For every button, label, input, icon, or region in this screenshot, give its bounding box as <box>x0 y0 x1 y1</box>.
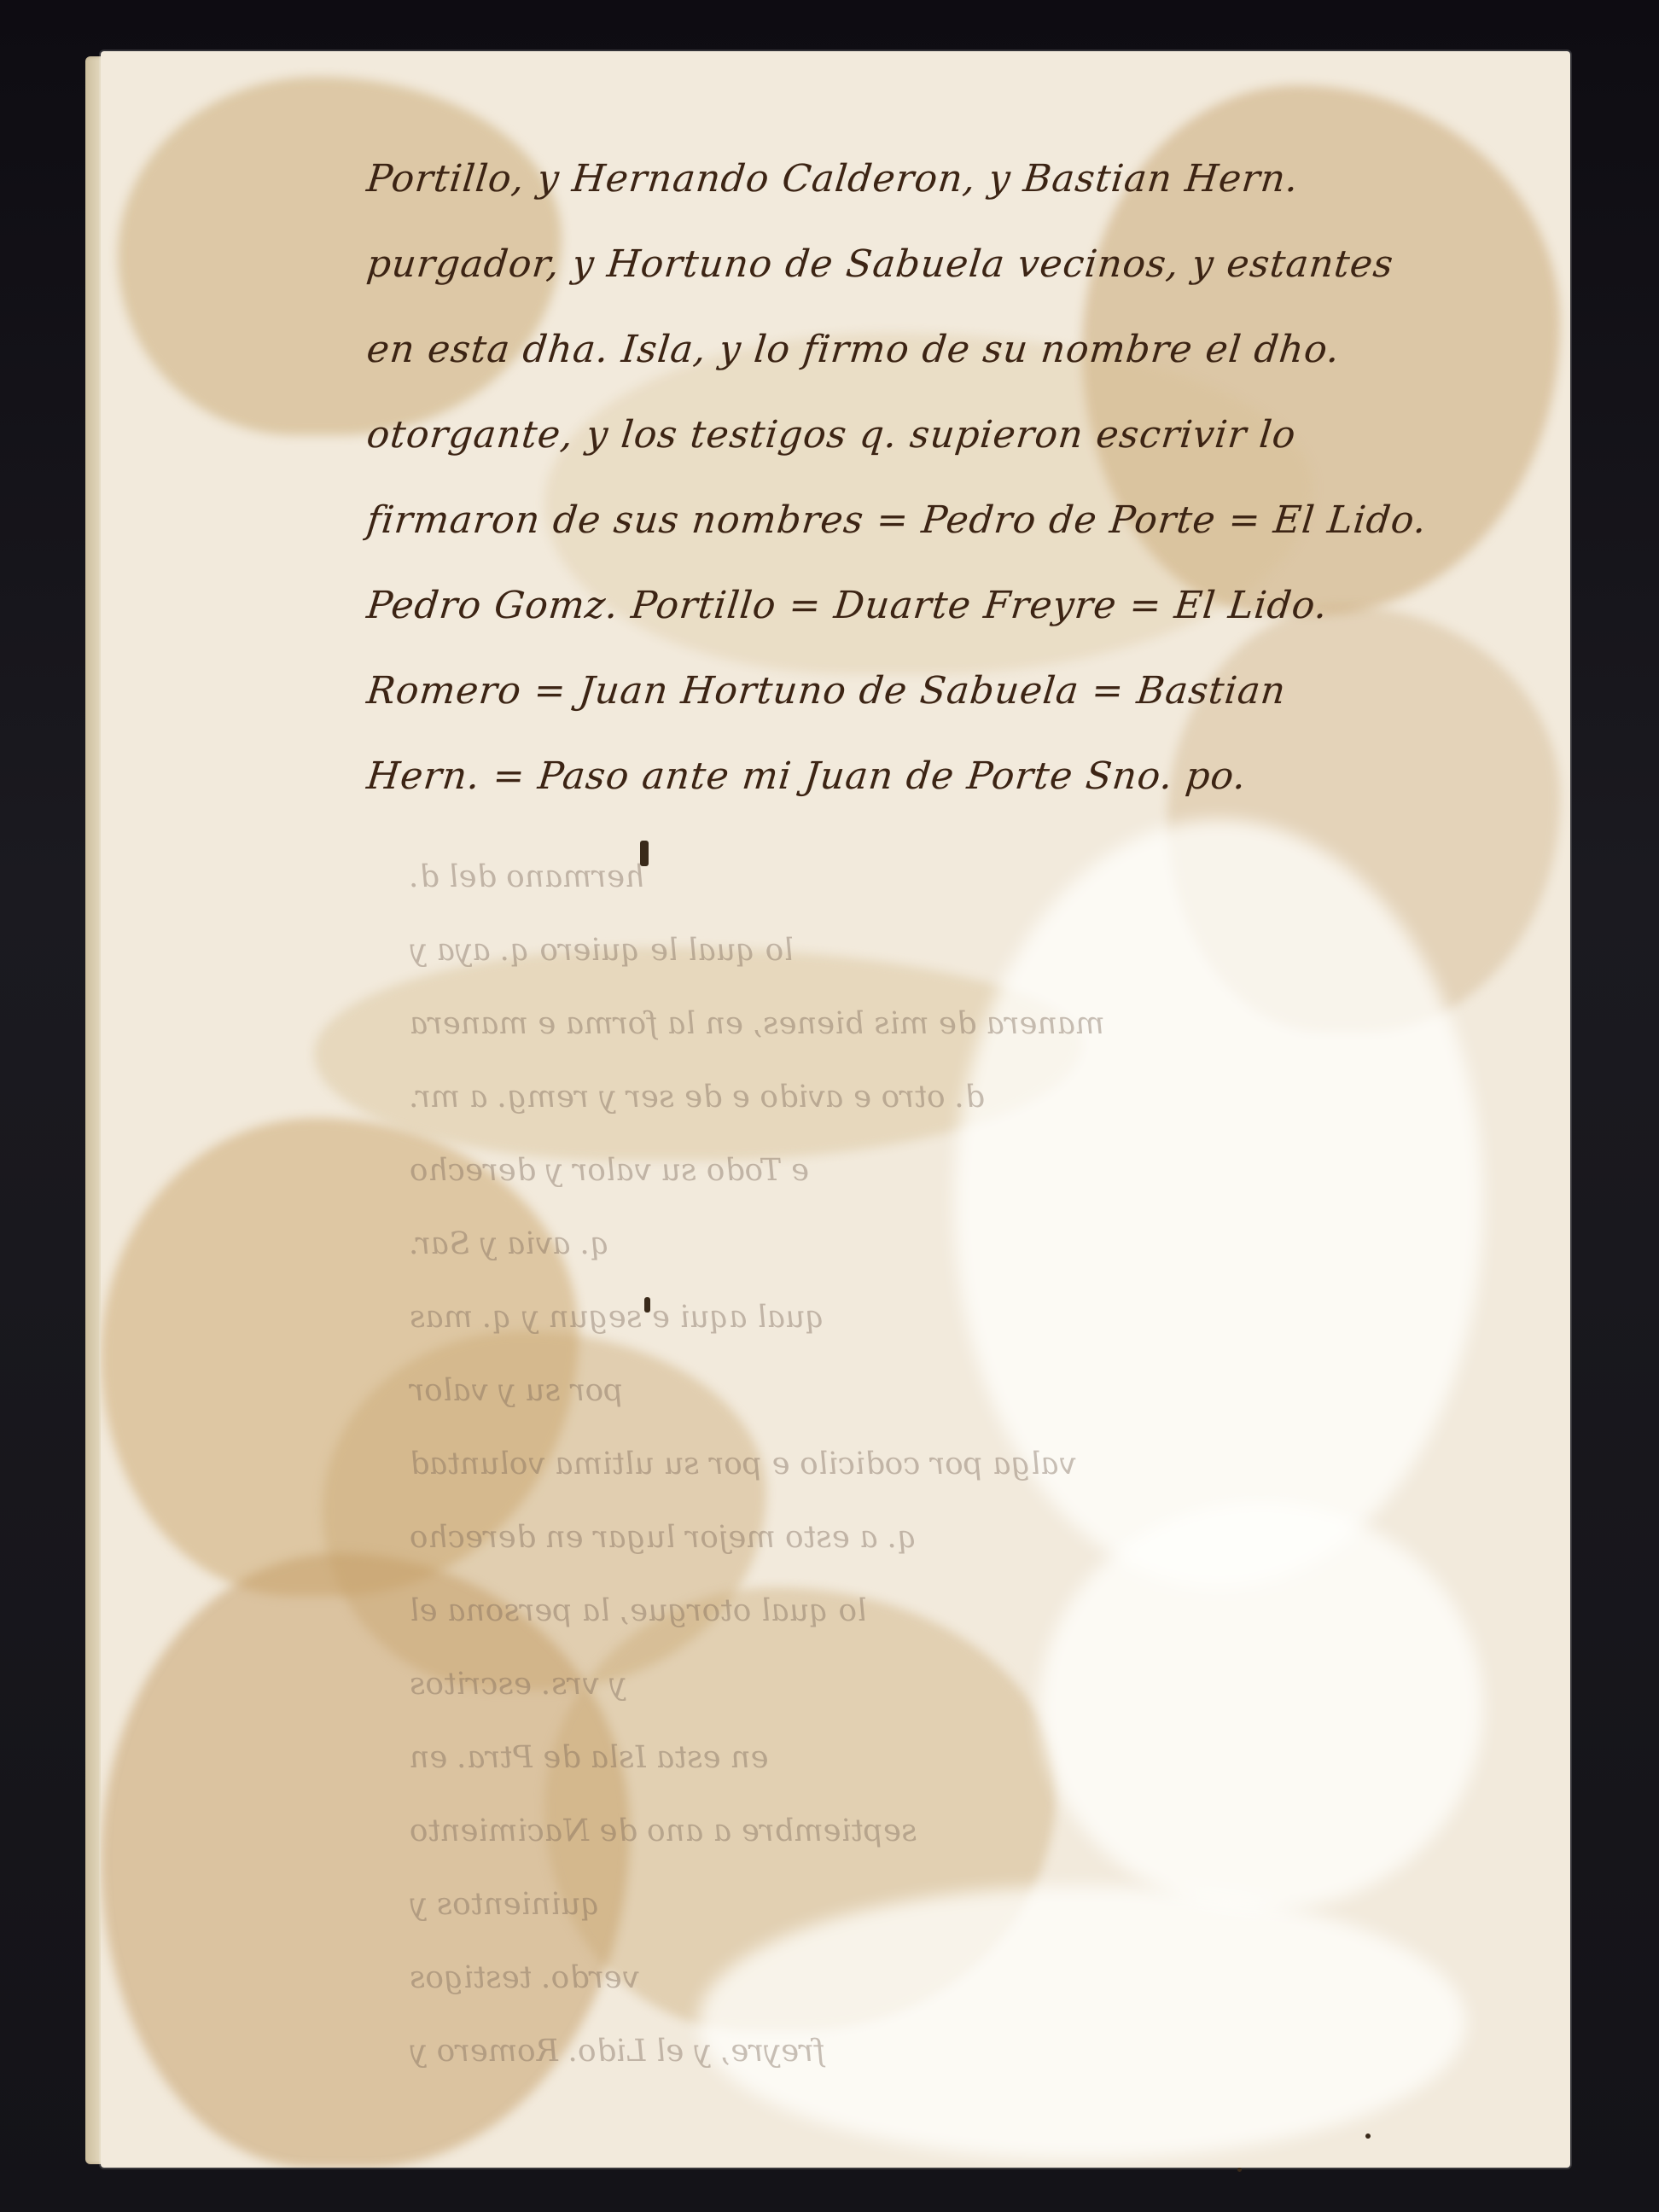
bleed-line: d. otro e avido e de ser y remg. a mr. <box>405 1061 1522 1134</box>
text-line-6: Pedro Gomz. Portillo = Duarte Freyre = E… <box>363 563 1507 649</box>
bleed-line: quinientos y <box>405 1868 1522 1941</box>
bleed-line: por su y valor <box>405 1354 1522 1428</box>
manuscript-text: Portillo, y Hernando Calderon, y Bastian… <box>367 137 1502 819</box>
bleed-line: qual aqui e segun y q. mas <box>405 1281 1522 1354</box>
bleed-line: manera de mis bienes, en la forma e mane… <box>405 987 1522 1061</box>
text-line-3: en esta dha. Isla, y lo firmo de su nomb… <box>363 307 1507 393</box>
ink-blot <box>644 1297 650 1313</box>
bleed-line: hermano del d. <box>405 841 1522 914</box>
bleed-through-text: hermano del d. lo qual le quiero q. aya … <box>410 841 1519 2088</box>
bleed-line: q. avia y Sar. <box>405 1208 1522 1281</box>
text-line-4: otorgante, y los testigos q. supieron es… <box>363 393 1507 478</box>
bleed-line: y vrs. escritos <box>405 1648 1522 1721</box>
ink-blot <box>640 841 649 866</box>
ink-speck <box>1365 2133 1371 2139</box>
text-line-7: Romero = Juan Hortuno de Sabuela = Basti… <box>363 649 1507 734</box>
bleed-line: valga por codicilo e por su ultima volun… <box>405 1428 1522 1501</box>
bleed-line: verdo. testigos <box>405 1941 1522 2015</box>
ink-speck <box>1237 2168 1242 2172</box>
text-line-2: purgador, y Hortuno de Sabuela vecinos, … <box>363 222 1507 307</box>
text-line-1: Portillo, y Hernando Calderon, y Bastian… <box>363 137 1507 222</box>
text-line-5: firmaron de sus nombres = Pedro de Porte… <box>363 478 1507 563</box>
manuscript-page: hermano del d. lo qual le quiero q. aya … <box>85 51 1570 2185</box>
bleed-line: lo qual le quiero q. aya y <box>405 914 1522 987</box>
bleed-line: e Todo su valor y derecho <box>405 1134 1522 1208</box>
bleed-line: septiembre a ano de Nacimiento <box>405 1795 1522 1868</box>
bleed-line: freyre, y el Lido. Romero y <box>405 2015 1522 2088</box>
text-line-8: Hern. = Paso ante mi Juan de Porte Sno. … <box>363 734 1507 819</box>
bleed-line: lo qual otorgue, la persona el <box>405 1575 1522 1648</box>
bleed-line: en esta Isla de Ptra. en <box>405 1721 1522 1795</box>
bleed-line: q. a esto mejor lugar en derecho <box>405 1501 1522 1575</box>
